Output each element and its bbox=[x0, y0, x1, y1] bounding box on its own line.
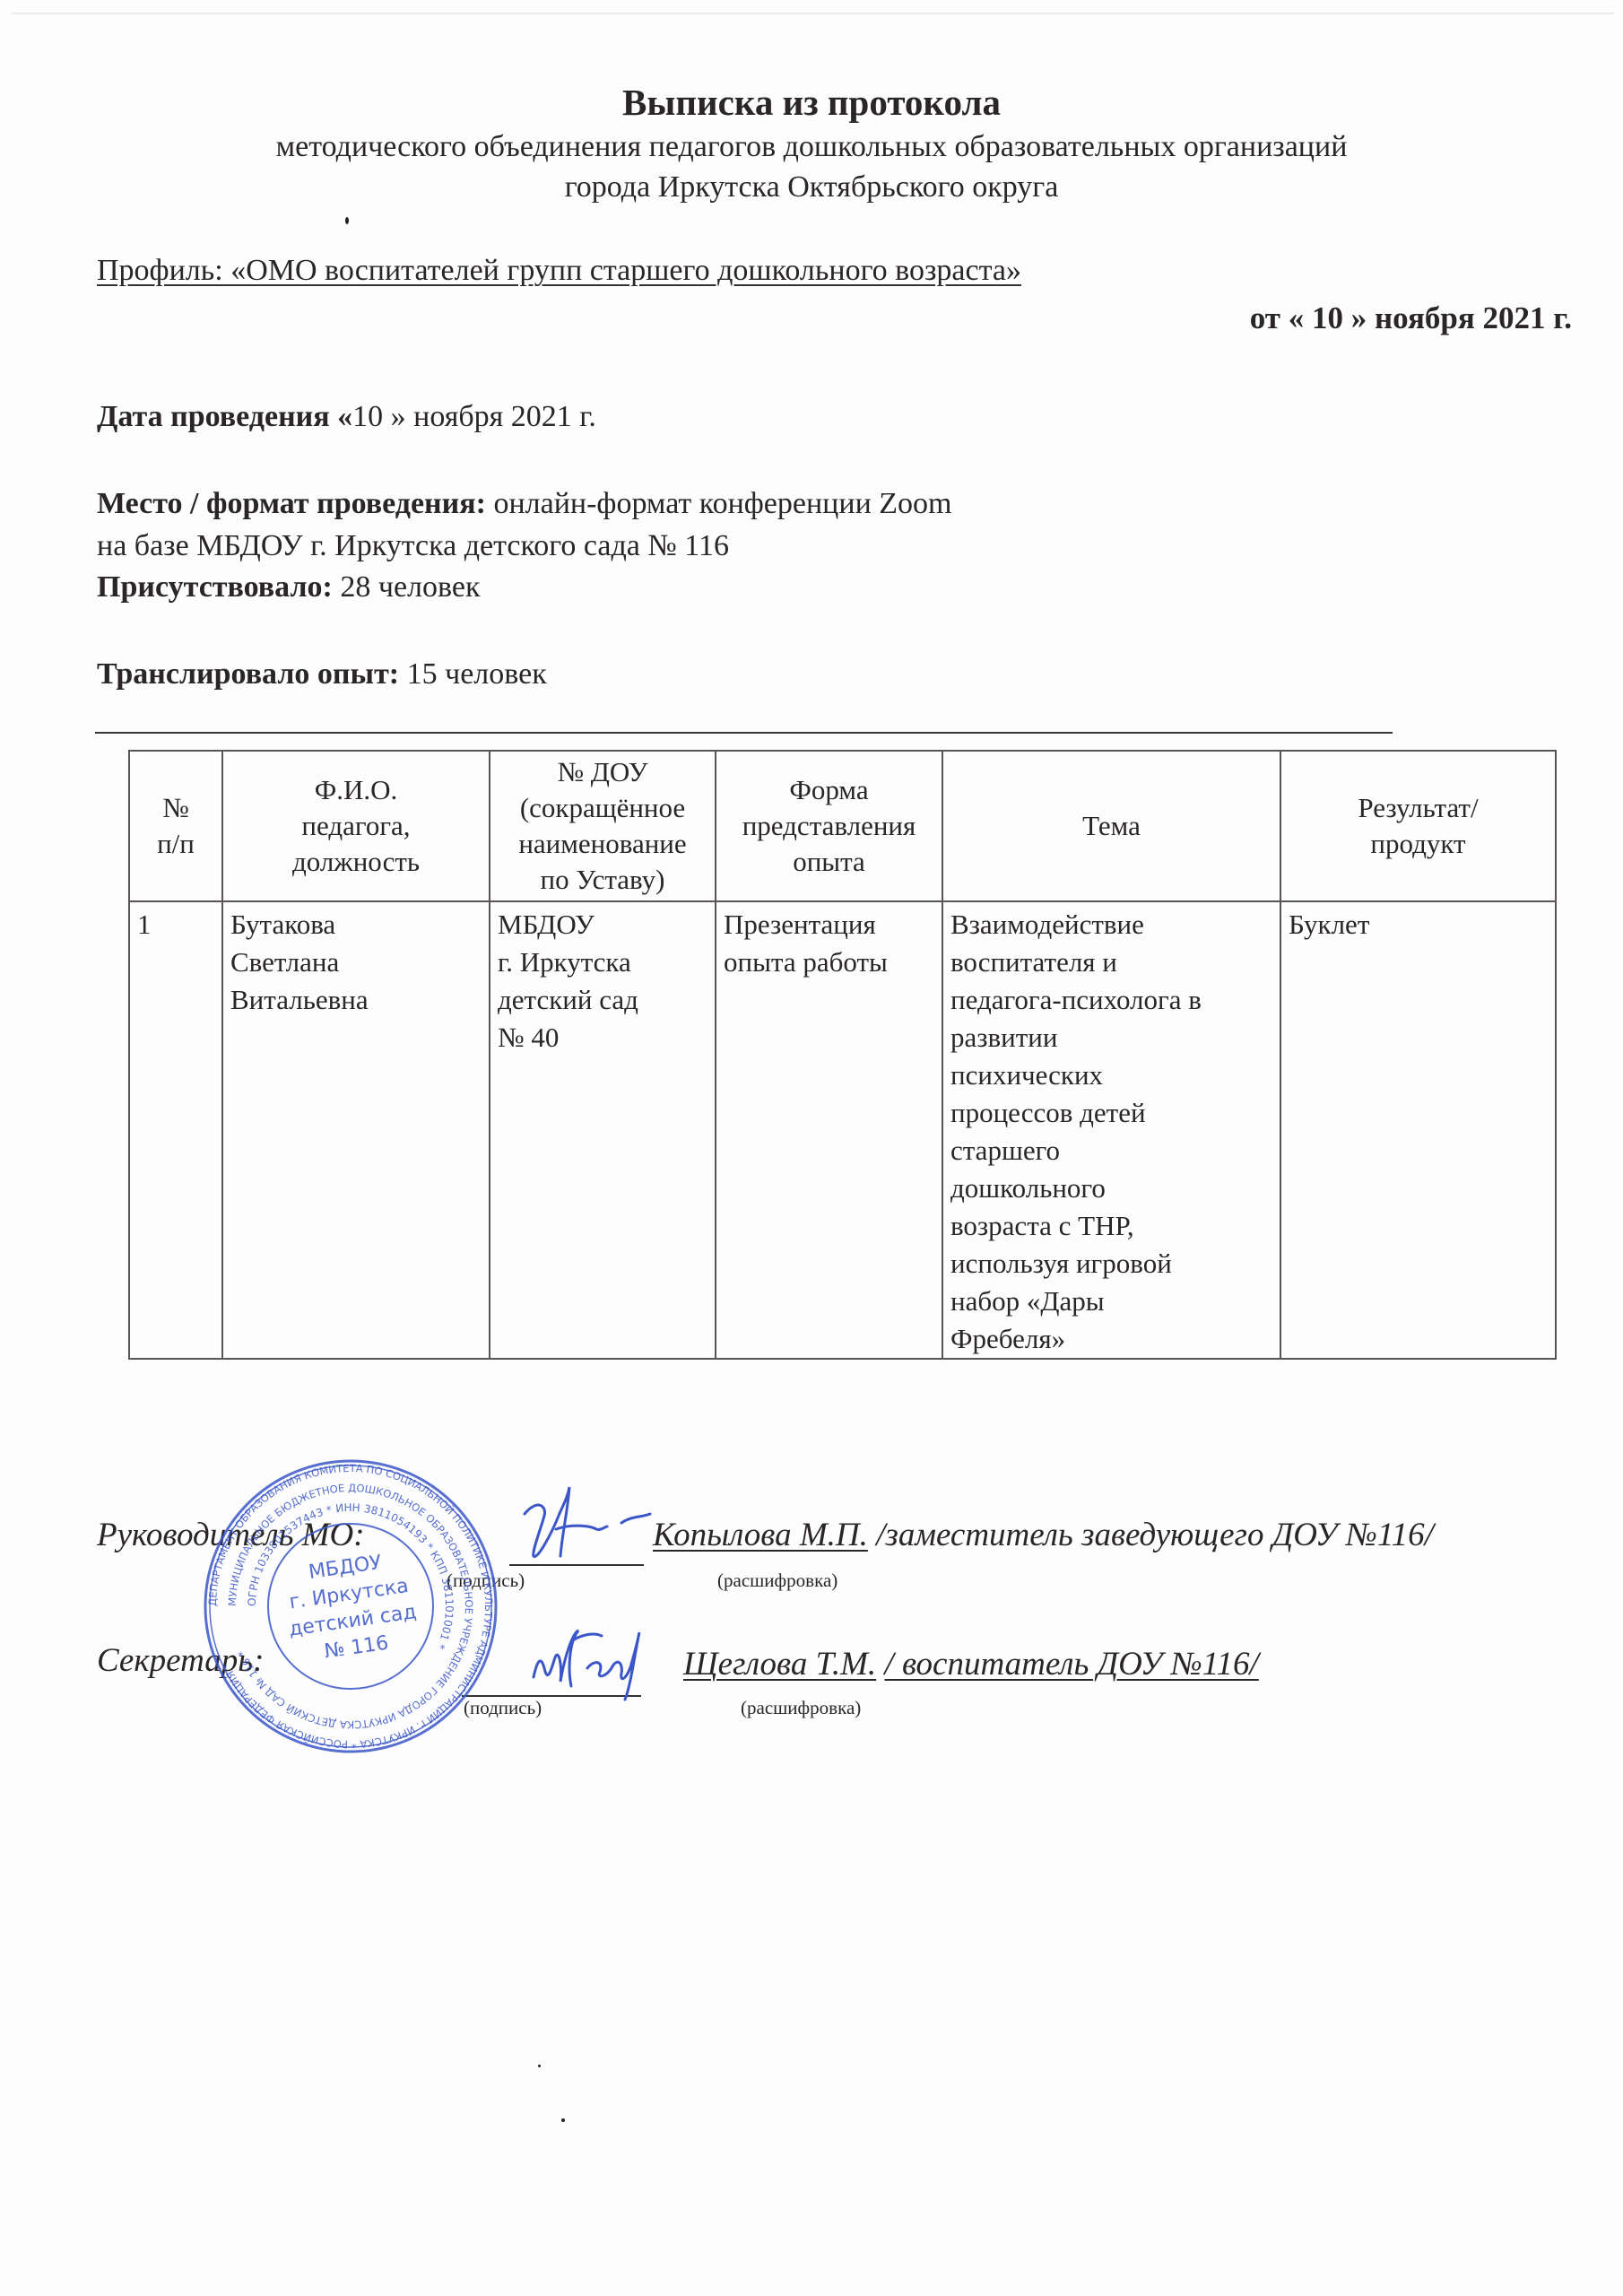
official-stamp-icon: ДЕПАРТАМЕНТ ОБРАЗОВАНИЯ КОМИТЕТА ПО СОЦИ… bbox=[203, 1458, 499, 1754]
scan-speck bbox=[345, 217, 349, 224]
meeting-date-value: 10 » ноября 2021 г. bbox=[352, 400, 596, 433]
table-header-row: № п/п Ф.И.О. педагога, должность № ДОУ (… bbox=[129, 751, 1556, 901]
document-title: Выписка из протокола bbox=[0, 81, 1623, 124]
secretary-position: / воспитатель ДОУ №116/ bbox=[884, 1646, 1258, 1683]
attendance: Присутствовало: 28 человек bbox=[97, 570, 480, 604]
document-subtitle-line2: города Иркутска Октябрьского округа bbox=[0, 170, 1623, 204]
table-row: 1 Бутакова Светлана Витальевна МБДОУ г. … bbox=[129, 901, 1556, 1359]
scan-edge bbox=[11, 13, 1614, 14]
col-header-topic: Тема bbox=[942, 751, 1280, 901]
section-divider bbox=[95, 732, 1393, 734]
attendance-value: 28 человек bbox=[333, 570, 481, 604]
col-header-result: Результат/ продукт bbox=[1280, 751, 1556, 901]
cell-name: Бутакова Светлана Витальевна bbox=[222, 901, 490, 1359]
cell-dou: МБДОУ г. Иркутска детский сад № 40 bbox=[490, 901, 716, 1359]
head-signature-icon bbox=[507, 1480, 659, 1570]
meeting-place: Место / формат проведения: онлайн-формат… bbox=[97, 487, 951, 521]
attendance-label: Присутствовало: bbox=[97, 570, 333, 604]
head-name: Копылова М.П. bbox=[653, 1517, 868, 1553]
protocol-date: от « 10 » ноября 2021 г. bbox=[1250, 300, 1572, 336]
meeting-place-base: на базе МБДОУ г. Иркутска детского сада … bbox=[97, 529, 729, 563]
secretary-decode: Щеглова Т.М. / воспитатель ДОУ №116/ bbox=[683, 1645, 1259, 1683]
experience-table: № п/п Ф.И.О. педагога, должность № ДОУ (… bbox=[128, 750, 1557, 1360]
broadcast-count: Транслировало опыт: 15 человек bbox=[97, 657, 547, 691]
cell-form: Презентация опыта работы bbox=[716, 901, 942, 1359]
col-header-form: Форма представления опыта bbox=[716, 751, 942, 901]
scan-speck bbox=[538, 2065, 541, 2067]
svg-text:№ 116: № 116 bbox=[323, 1632, 390, 1664]
cell-topic: Взаимодействие воспитателя и педагога-пс… bbox=[942, 901, 1280, 1359]
head-position: /заместитель заведующего ДОУ №116/ bbox=[868, 1517, 1434, 1553]
meeting-date-label: Дата проведения « bbox=[97, 400, 352, 433]
meeting-place-value: онлайн-формат конференции Zoom bbox=[486, 487, 952, 520]
secretary-signature-icon bbox=[525, 1614, 650, 1704]
profile-line: Профиль: «ОМО воспитателей групп старшег… bbox=[97, 254, 1021, 288]
col-header-name: Ф.И.О. педагога, должность bbox=[222, 751, 490, 901]
meeting-place-label: Место / формат проведения: bbox=[97, 487, 486, 520]
secretary-name: Щеглова Т.М. bbox=[683, 1646, 876, 1683]
svg-text:МУНИЦИПАЛЬНОЕ БЮДЖЕТНОЕ ДОШКОЛ: МУНИЦИПАЛЬНОЕ БЮДЖЕТНОЕ ДОШКОЛЬНОЕ ОБРАЗ… bbox=[226, 1482, 475, 1731]
head-decode-caption: (расшифровка) bbox=[717, 1570, 838, 1592]
cell-number: 1 bbox=[129, 901, 222, 1359]
col-header-dou: № ДОУ (сокращённое наименование по Устав… bbox=[490, 751, 716, 901]
document-subtitle-line1: методического объединения педагогов дошк… bbox=[0, 130, 1623, 164]
broadcast-label: Транслировало опыт: bbox=[97, 657, 399, 691]
meeting-date: Дата проведения «10 » ноября 2021 г. bbox=[97, 400, 596, 434]
col-header-number: № п/п bbox=[129, 751, 222, 901]
secretary-decode-caption: (расшифровка) bbox=[741, 1697, 861, 1719]
scan-speck bbox=[561, 2118, 565, 2122]
broadcast-value: 15 человек bbox=[399, 657, 547, 691]
head-decode: Копылова М.П. /заместитель заведующего Д… bbox=[653, 1516, 1434, 1554]
cell-result: Буклет bbox=[1280, 901, 1556, 1359]
